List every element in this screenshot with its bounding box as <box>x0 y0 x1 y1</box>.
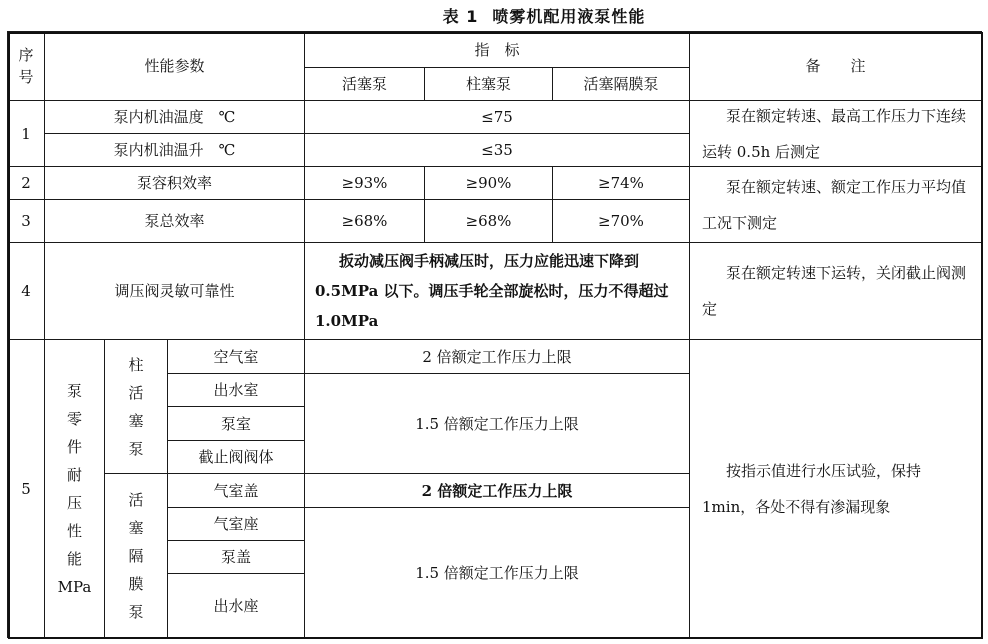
row2-3-remark: 泵在额定转速、额定工作压力平均值工况下测定 <box>689 166 982 243</box>
value-2x-upper-2: 2 倍额定工作压力上限 <box>304 473 690 508</box>
subgroup-char: 活 <box>128 491 143 509</box>
table-caption: 喷雾机配用液泵性能 <box>492 7 645 26</box>
subgroup-char: 塞 <box>128 412 143 430</box>
row3-value-piston: ≥68% <box>304 199 425 243</box>
part-outlet-chamber: 出水室 <box>167 373 305 407</box>
part-pump-cover: 泵盖 <box>167 540 305 574</box>
row3-value-plunger: ≥68% <box>424 199 553 243</box>
part-stop-valve-body: 截止阀阀体 <box>167 440 305 474</box>
subgroup-char: 活 <box>128 384 143 402</box>
header-remark: 备 注 <box>689 31 982 101</box>
value-2x-upper-1: 2 倍额定工作压力上限 <box>304 339 690 374</box>
row4-value: 扳动减压阀手柄减压时，压力应能迅速下降到 0.5MPa 以下。调压手轮全部旋松时… <box>304 242 690 340</box>
subgroup-char: 膜 <box>128 575 143 593</box>
row4-remark: 泵在额定转速下运转，关闭截止阀测定 <box>689 242 982 340</box>
group-char: 能 <box>67 550 82 568</box>
group-char: 件 <box>67 438 82 456</box>
row1-param-oil-temp: 泵内机油温度 ℃ <box>44 100 305 134</box>
table-number: 表 1 <box>443 7 479 26</box>
part-air-chamber-seat: 气室座 <box>167 507 305 541</box>
subgroup-char: 泵 <box>128 440 143 458</box>
row2-value-piston: ≥93% <box>304 166 425 200</box>
header-pump-plunger: 柱塞泵 <box>424 67 553 101</box>
subgroup-plunger-label: 柱 活 塞 泵 <box>104 339 168 474</box>
row2-value-diaphragm: ≥74% <box>552 166 690 200</box>
value-1-5x-upper-2: 1.5 倍额定工作压力上限 <box>304 507 690 638</box>
row4-seq: 4 <box>7 242 45 340</box>
part-air-chamber-cover: 气室盖 <box>167 473 305 508</box>
header-seq: 序 号 <box>7 31 45 101</box>
value-1-5x-upper-1: 1.5 倍额定工作压力上限 <box>304 373 690 474</box>
row1-seq: 1 <box>7 100 45 167</box>
row1-remark: 泵在额定转速、最高工作压力下连续运转 0.5h 后测定 <box>689 100 982 167</box>
row2-seq: 2 <box>7 166 45 200</box>
row4-param: 调压阀灵敏可靠性 <box>44 242 305 340</box>
group-char: 压 <box>67 494 82 512</box>
row3-seq: 3 <box>7 199 45 243</box>
subgroup-char: 隔 <box>128 547 143 565</box>
header-pump-piston: 活塞泵 <box>304 67 425 101</box>
row3-param: 泵总效率 <box>44 199 305 243</box>
row2-value-plunger: ≥90% <box>424 166 553 200</box>
header-seq-line1: 序 <box>18 46 33 64</box>
row2-param: 泵容积效率 <box>44 166 305 200</box>
header-param: 性能参数 <box>44 31 305 101</box>
group-char: 零 <box>67 410 82 428</box>
row1-value-oil-rise: ≤35 <box>304 133 690 167</box>
group-char: 性 <box>67 522 82 540</box>
row5-group-label: 泵 零 件 耐 压 性 能 MPa <box>44 339 105 638</box>
table-title: 表 1喷雾机配用液泵性能 <box>0 4 988 30</box>
subgroup-diaphragm-label: 活 塞 隔 膜 泵 <box>104 473 168 638</box>
row3-value-diaphragm: ≥70% <box>552 199 690 243</box>
header-seq-line2: 号 <box>18 68 33 86</box>
row1-param-oil-rise: 泵内机油温升 ℃ <box>44 133 305 167</box>
header-pump-diaphragm: 活塞隔膜泵 <box>552 67 690 101</box>
part-outlet-seat: 出水座 <box>167 573 305 638</box>
group-char: 泵 <box>67 382 82 400</box>
subgroup-char: 柱 <box>128 356 143 374</box>
row5-remark: 按指示值进行水压试验，保持 1min，各处不得有渗漏现象 <box>689 339 982 638</box>
row1-value-oil-temp: ≤75 <box>304 100 690 134</box>
group-unit: MPa <box>58 578 92 596</box>
subgroup-char: 泵 <box>128 603 143 621</box>
subgroup-char: 塞 <box>128 519 143 537</box>
part-pump-chamber: 泵室 <box>167 406 305 441</box>
part-air-chamber: 空气室 <box>167 339 305 374</box>
header-indicator: 指 标 <box>304 31 690 68</box>
row5-seq: 5 <box>7 339 45 638</box>
group-char: 耐 <box>67 466 82 484</box>
